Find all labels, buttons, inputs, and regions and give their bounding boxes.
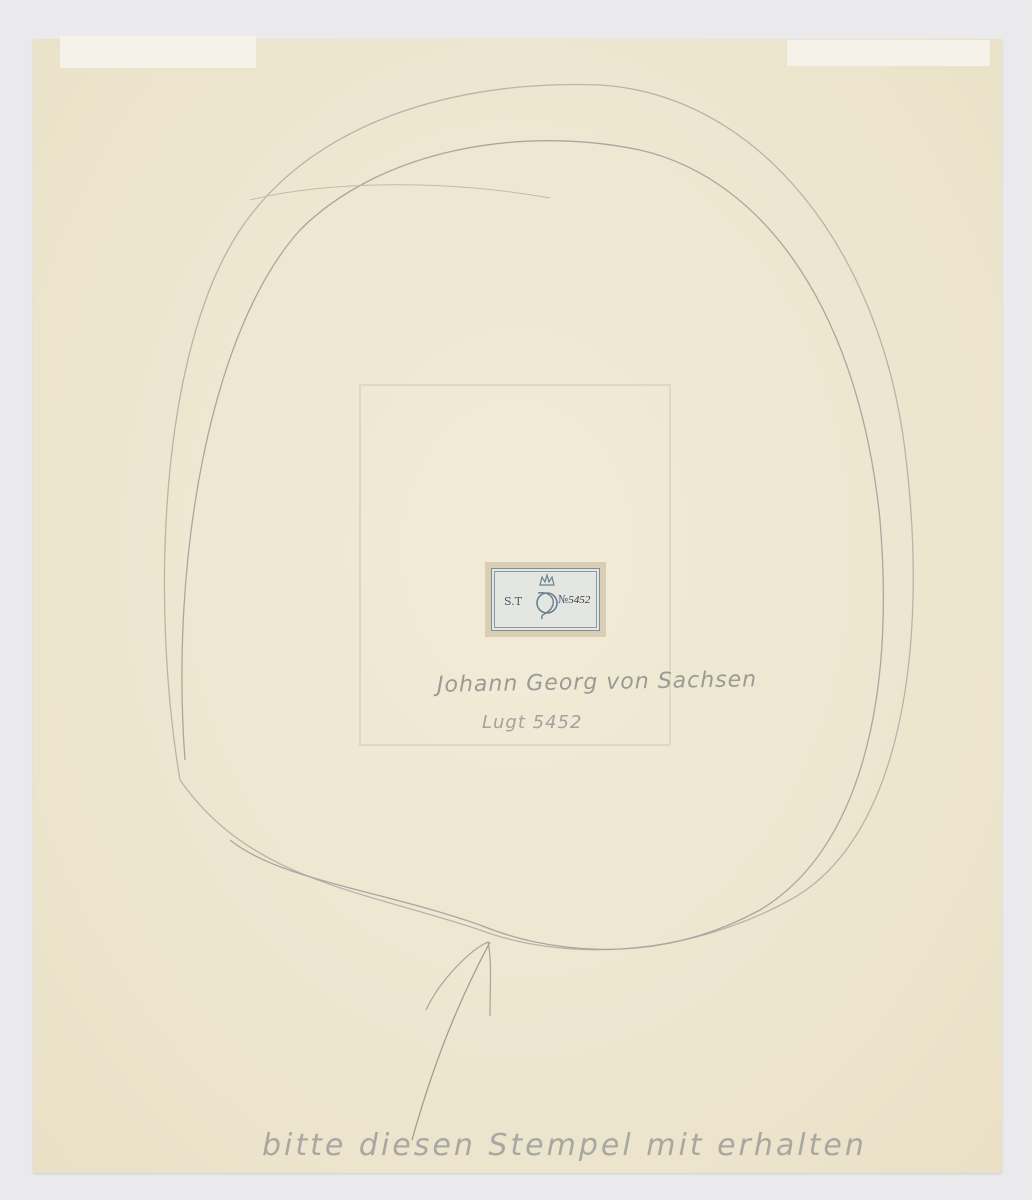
- pencil-circle-inner: [182, 141, 883, 950]
- pencil-circle-outer: [164, 84, 913, 949]
- collector-stamp: S.T №5452: [485, 562, 606, 637]
- stamp-number: №5452: [558, 593, 590, 606]
- pencil-arrow: [412, 942, 490, 1140]
- stamp-left-text: S.T: [504, 595, 522, 608]
- handwriting-bottom-note: bitte diesen Stempel mit erhalten: [262, 1128, 867, 1163]
- handwriting-lugt: Lugt 5452: [482, 712, 582, 733]
